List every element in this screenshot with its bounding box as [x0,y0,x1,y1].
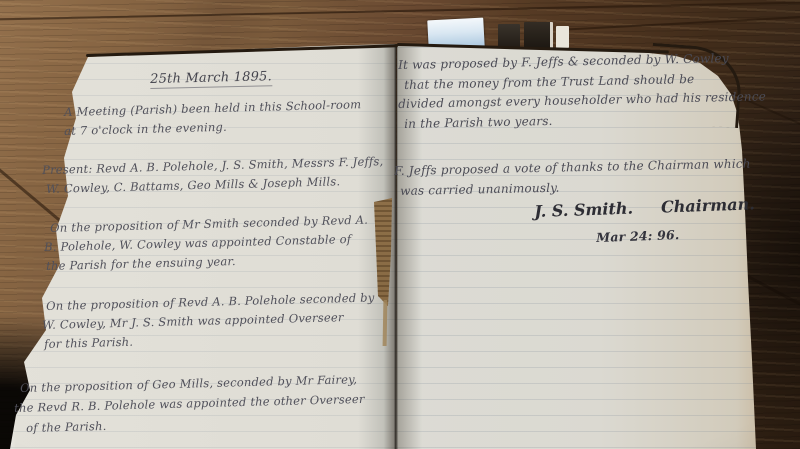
photo-vignette [0,0,800,449]
minute-book-photo: 25th March 1895. A Meeting (Parish) been… [0,0,800,449]
